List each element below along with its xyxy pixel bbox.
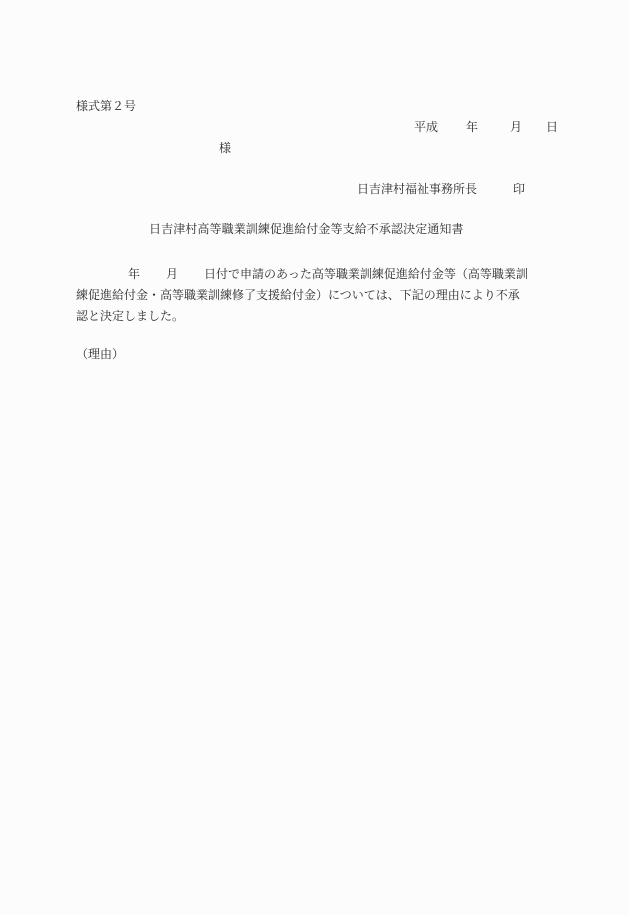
body-line-3: 認と決定しました。 — [76, 306, 564, 327]
seal-mark: 印 — [513, 182, 525, 196]
body-month-label: 月 — [166, 267, 178, 281]
date-year-label: 年 — [466, 121, 510, 133]
sender-name: 日吉津村福祉事務所長 — [357, 182, 477, 196]
form-number: 様式第２号 — [76, 100, 136, 112]
date-era: 平成 — [414, 121, 466, 133]
date-month-label: 月 — [510, 121, 546, 133]
document-title: 日吉津村高等職業訓練促進給付金等支給不承認決定通知書 — [149, 223, 464, 235]
body-paragraph: 年月日付で申請のあった高等職業訓練促進給付金等（高等職業訓 練促進給付金・高等職… — [76, 264, 564, 327]
reason-label: （理由） — [76, 348, 124, 360]
addressee-suffix: 様 — [219, 142, 231, 154]
date-line: 平成年月日 — [414, 121, 558, 133]
body-line-2: 練促進給付金・高等職業訓練修了支援給付金）については、下記の理由により不承 — [76, 285, 564, 306]
body-line-1-text: 日付で申請のあった高等職業訓練促進給付金等（高等職業訓 — [204, 267, 528, 281]
body-line-1: 年月日付で申請のあった高等職業訓練促進給付金等（高等職業訓 — [76, 264, 564, 285]
date-day-label: 日 — [546, 121, 558, 133]
sender-block: 日吉津村福祉事務所長印 — [357, 183, 525, 195]
body-year-label: 年 — [128, 267, 140, 281]
